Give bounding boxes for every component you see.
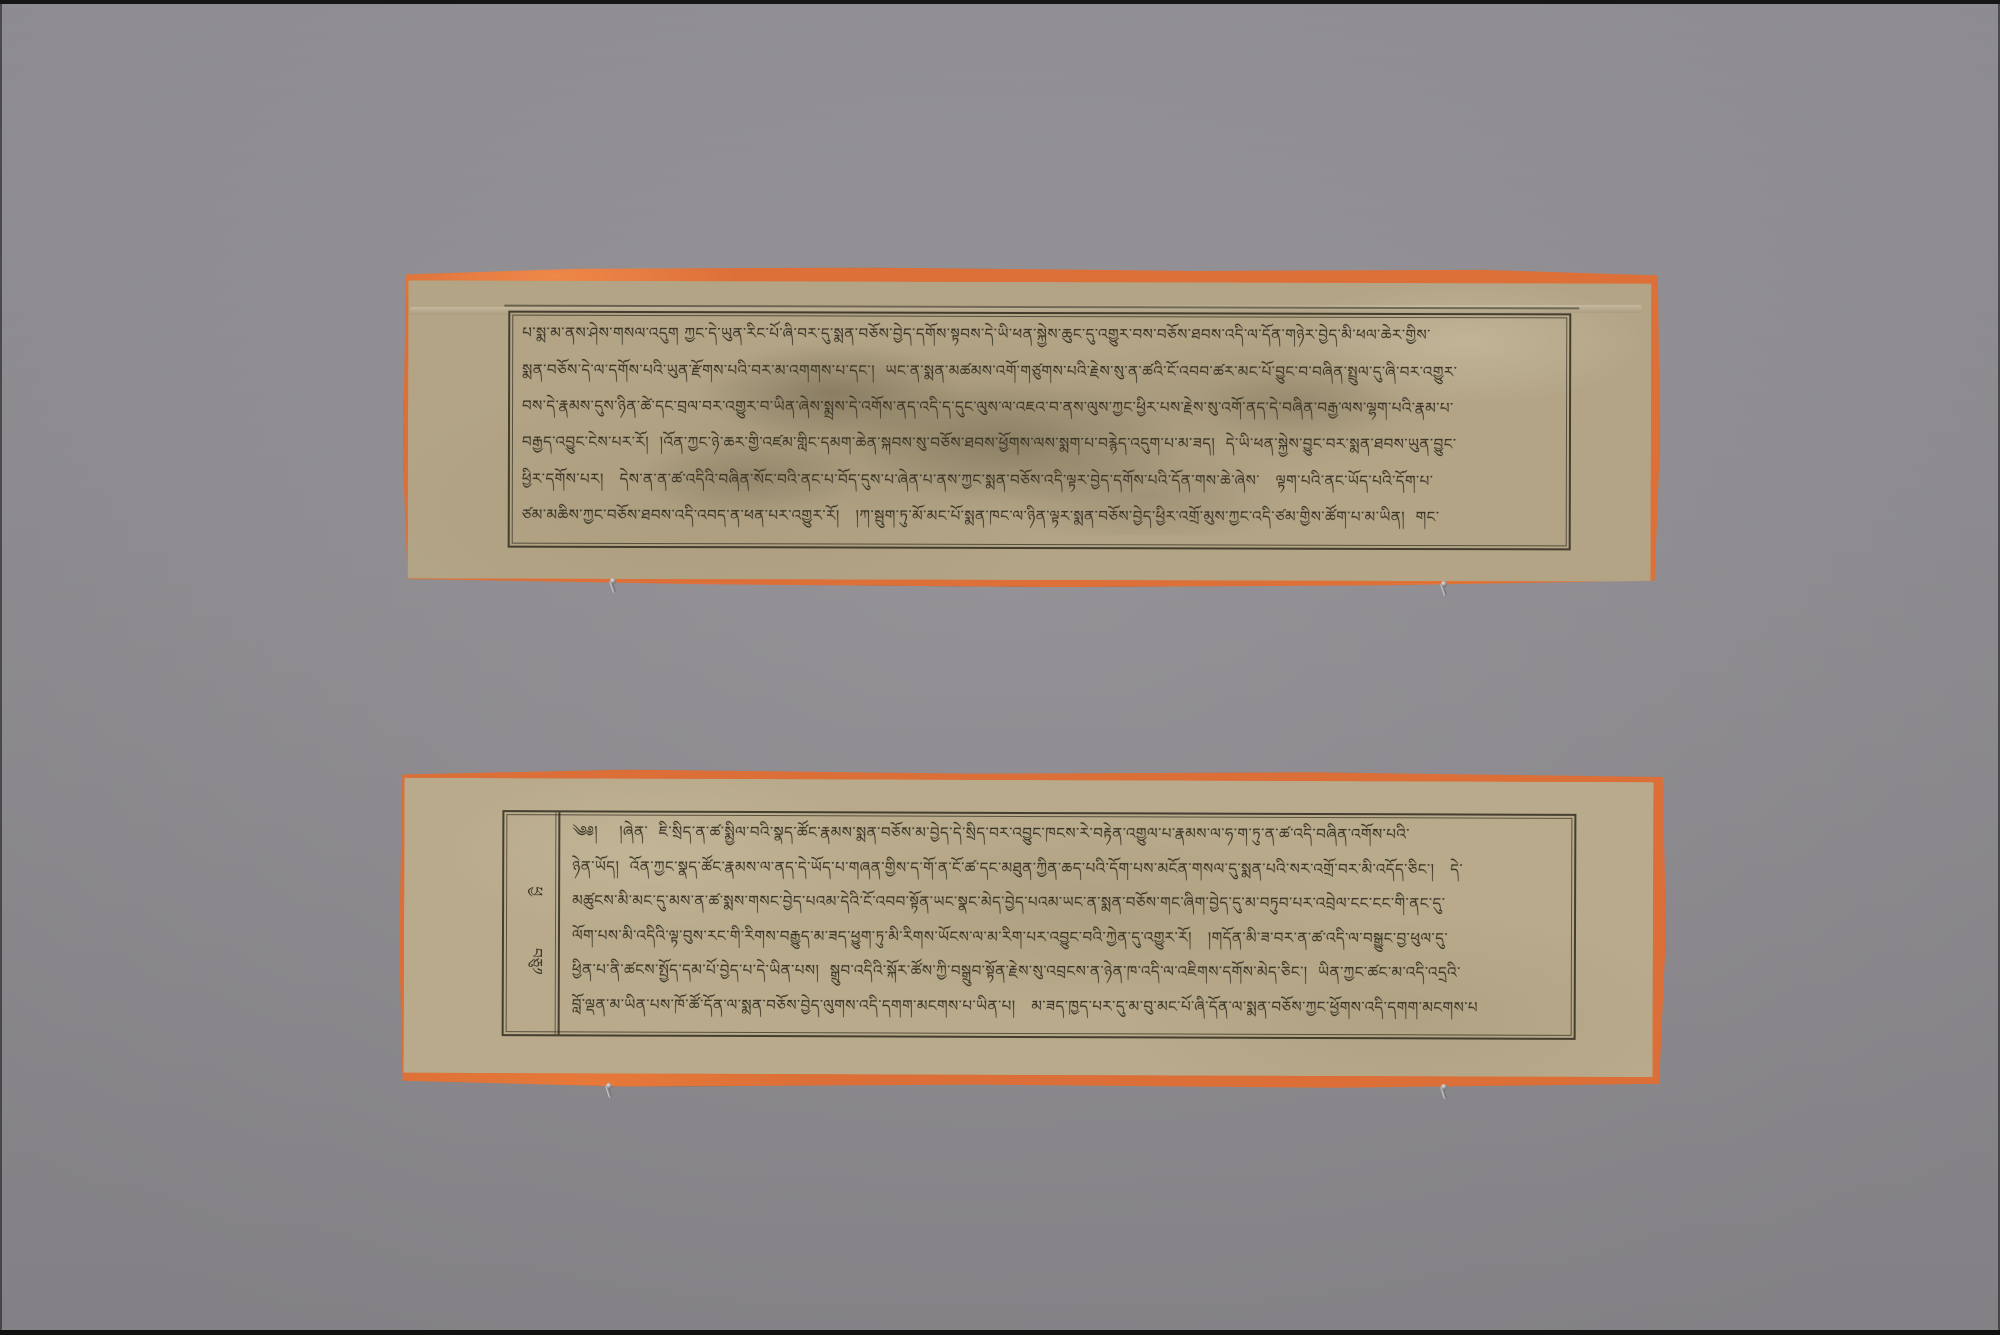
leaf-bottom-paper: ཕྱ བཅུ༡ ༄༅། །ཞེན་ ཇི་སྲིད་ན་ཚ་སྨྱིལ་བའི་… xyxy=(403,778,1653,1077)
pin-icon xyxy=(604,1083,612,1099)
tibetan-text-line: པ་སྨ་མ་ནས་ཤེས་གསལ་འདུག ཀྱང་དེ་ཡུན་རིང་པོ… xyxy=(522,320,1559,359)
tibetan-text-line-with-yigmgo: ༄༅། །ཞེན་ ཇི་སྲིད་ན་ཚ་སྨྱིལ་བའི་སྣད་ཚོང་… xyxy=(572,819,1564,857)
text-block-bottom: ༄༅། །ཞེན་ ཇི་སྲིད་ན་ཚ་སྨྱིལ་བའི་སྣད་ཚོང་… xyxy=(572,819,1565,1031)
pin-head xyxy=(1441,581,1447,587)
folio-margin-column: ཕྱ བཅུ༡ xyxy=(504,812,561,1034)
leaf-top-paper: པ་སྨ་མ་ནས་ཤེས་གསལ་འདུག ཀྱང་དེ་ཡུན་རིང་པོ… xyxy=(408,280,1652,581)
text-frame-top: པ་སྨ་མ་ནས་ཤེས་གསལ་འདུག ཀྱང་དེ་ཡུན་རིང་པོ… xyxy=(508,311,1572,551)
folio-number-label: བཅུ༡ xyxy=(511,948,553,975)
photo-background: པ་སྨ་མ་ནས་ཤེས་གསལ་འདུག ཀྱང་དེ་ཡུན་རིང་པོ… xyxy=(0,0,2000,1335)
pin-icon xyxy=(1439,581,1447,597)
tibetan-text-line: བས་དེ་རྣམས་དུས་ཉིན་ཚེ་དང་བྲལ་བར་འགྱུར་བ་… xyxy=(522,392,1559,431)
tibetan-text-line: ཉེན་ཡོད། འོན་ཀྱང་སྣད་ཚོང་རྣམས་ལ་ནད་དེ་ཡོ… xyxy=(572,854,1564,892)
tibetan-text-line: ཕྱིན་པ་ནི་ཚངས་སྤྱོད་དམ་པོ་བྱེད་པ་དེ་ཡིན་… xyxy=(572,957,1564,995)
pin-icon xyxy=(1439,1084,1447,1100)
tibetan-text-line: སྨན་བཅོས་དེ་ལ་དགོས་པའི་ཡུན་རྫོགས་པའི་བར་… xyxy=(522,356,1559,395)
pin-icon xyxy=(608,578,616,594)
tibetan-text-line: བློ་ལྡན་མ་ཡིན་པས་ཁོ་ཚོ་དོན་ལ་སྨན་བཅོས་བྱ… xyxy=(572,992,1564,1030)
photo-bottom-bar xyxy=(0,1330,2000,1335)
tibetan-text-line: བརྒྱད་འབྱུང་ངེས་པར་རོ། །འོན་ཀྱང་ཉེ་ཆར་གྱ… xyxy=(522,429,1559,468)
pin-head xyxy=(610,578,616,584)
pin-head xyxy=(606,1083,612,1089)
tibetan-text-line: ལོག་པས་མི་འདིའི་ལྟ་བུས་རང་གི་རིགས་བརྒྱུད… xyxy=(572,923,1564,961)
photo-top-bar xyxy=(0,0,2000,4)
tibetan-text-line: ཕྱིར་དགོས་པར། དེས་ན་ན་ཚ་འདིའི་བཞིན་སོང་བ… xyxy=(522,465,1559,504)
text-block-top: པ་སྨ་མ་ནས་ཤེས་གསལ་འདུག ཀྱང་དེ་ཡུན་རིང་པོ… xyxy=(522,320,1560,543)
photo-left-edge xyxy=(0,0,2,1335)
manuscript-leaf-bottom: ཕྱ བཅུ༡ ༄༅། །ཞེན་ ཇི་སྲིད་ན་ཚ་སྨྱིལ་བའི་… xyxy=(397,769,1666,1090)
tibetan-text-line: ཙམ་མཆིས་ཀྱང་བཅོས་ཐབས་འདི་འབད་ན་ཕན་པར་འགྱ… xyxy=(522,502,1559,541)
manuscript-leaf-top: པ་སྨ་མ་ནས་ཤེས་གསལ་འདུག ཀྱང་དེ་ཡུན་རིང་པོ… xyxy=(403,266,1661,588)
tibetan-text-line: མཚུངས་མི་མང་དུ་མས་ན་ཚ་སྨས་གསང་བྱེད་པའམ་ད… xyxy=(572,888,1564,926)
text-frame-bottom: ཕྱ བཅུ༡ ༄༅། །ཞེན་ ཇི་སྲིད་ན་ཚ་སྨྱིལ་བའི་… xyxy=(502,810,1577,1040)
pin-head xyxy=(1441,1084,1447,1090)
folio-margin-label: ཕྱ xyxy=(511,886,553,896)
